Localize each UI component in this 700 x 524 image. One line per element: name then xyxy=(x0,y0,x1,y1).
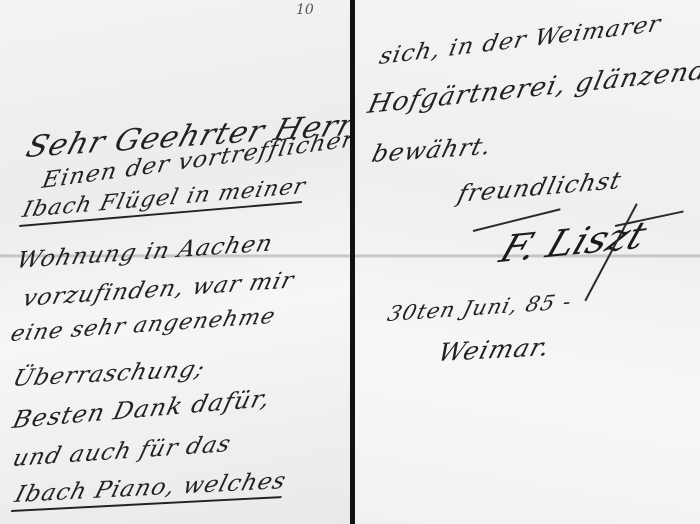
letter-spread: 10 Sehr Geehrter Herr, Einen der vortref… xyxy=(0,0,700,524)
letter-line: sich, in der Weimarer xyxy=(377,11,663,70)
letter-line: Wohnung in Aachen xyxy=(14,231,276,274)
place: Weimar. xyxy=(435,332,554,367)
page-number: 10 xyxy=(296,2,314,18)
letter-line-underlined: Ibach Piano, welches xyxy=(12,468,289,508)
date: 30ten Juni, 85 - xyxy=(385,290,575,326)
closing: freundlichst xyxy=(455,166,625,208)
letter-page-left: 10 Sehr Geehrter Herr, Einen der vortref… xyxy=(0,0,350,524)
letter-line: Besten Dank dafür, xyxy=(10,384,274,434)
letter-page-right: sich, in der Weimarer Hofgärtnerei, glän… xyxy=(355,0,700,524)
letter-line: bewährt. xyxy=(369,132,495,168)
letter-line: und auch für das xyxy=(10,431,234,472)
letter-line: eine sehr angenehme xyxy=(8,304,278,347)
letter-line: Überraschung; xyxy=(10,356,208,392)
